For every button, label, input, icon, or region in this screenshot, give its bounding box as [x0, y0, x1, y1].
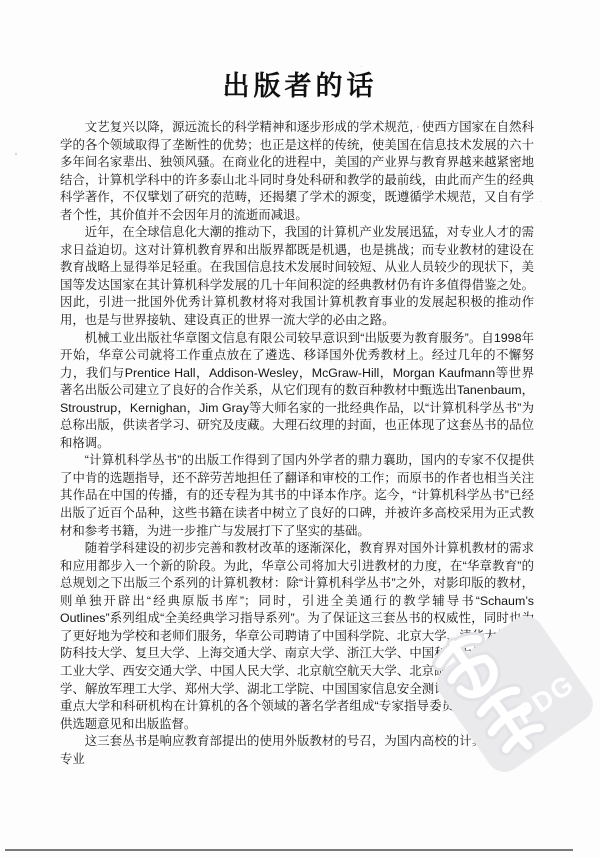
page-body: 文艺复兴以降，源远流长的科学精神和逐步形成的学术规范，使西方国家在自然科学的各个… — [60, 119, 534, 768]
paragraph-5: 随着学科建设的初步完善和教材改革的逐渐深化，教育界对国外计算机教材的需求和应用都… — [60, 540, 534, 733]
paragraph-2: 近年，在全球信息化大潮的推动下，我国的计算机产业发展迅猛，对专业人才的需求日益迫… — [60, 224, 534, 329]
scan-noise-speck — [361, 66, 362, 67]
page-title: 出版者的话 — [0, 64, 600, 103]
page-bottom-rule — [5, 849, 573, 851]
scan-noise-speck — [417, 126, 419, 128]
paragraph-4: “计算机科学丛书”的出版工作得到了国内外学者的鼎力襄助，国内的专家不仅提供了中肯… — [60, 452, 534, 540]
scan-noise-speck — [540, 201, 541, 202]
paragraph-1: 文艺复兴以降，源远流长的科学精神和逐步形成的学术规范，使西方国家在自然科学的各个… — [60, 119, 534, 224]
scan-noise-speck — [15, 153, 17, 155]
paragraph-3: 机械工业出版社华章图文信息有限公司较早意识到“出版要为教育服务”。自1998年开… — [60, 330, 534, 453]
paragraph-6: 这三套丛书是响应教育部提出的使用外版教材的号召，为国内高校的计算机及相关专业 — [60, 733, 534, 768]
scan-noise-speck — [95, 745, 96, 746]
scanned-book-page: 出版者的话 文艺复兴以降，源远流长的科学精神和逐步形成的学术规范，使西方国家在自… — [0, 0, 600, 858]
